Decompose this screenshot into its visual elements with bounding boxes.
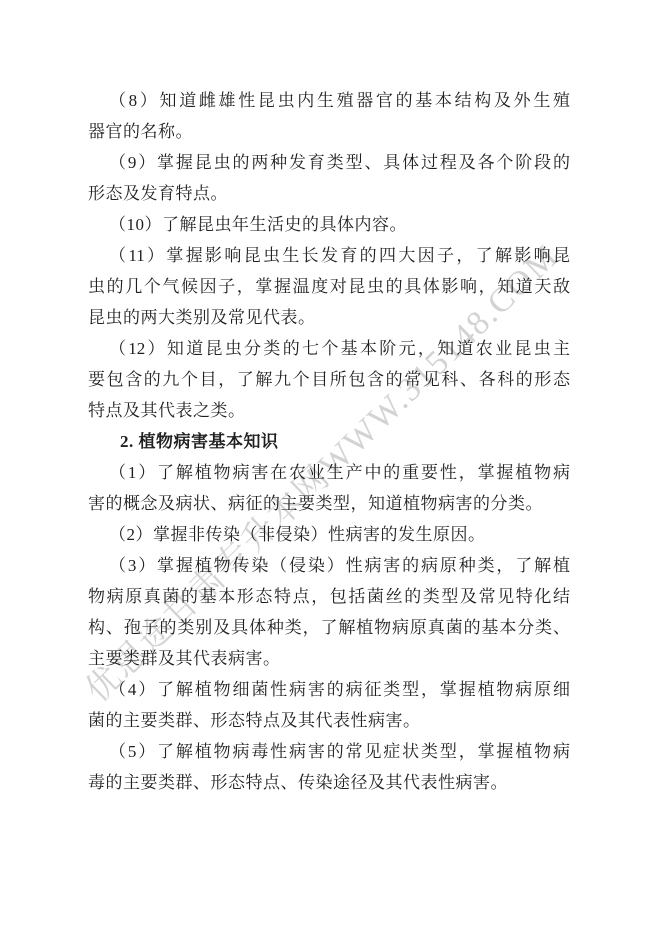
text-line: 虫的几个气候因子，掌握温度对昆虫的具体影响，知道天敌 [88,271,570,302]
text-line: 特点及其代表之类。 [88,395,570,426]
text-line: 要包含的九个目，了解九个目所包含的常见科、各科的形态 [88,364,570,395]
text-line: 毒的主要类群、形态特点、传染途径及其代表性病害。 [88,767,570,798]
section-heading: 2. 植物病害基本知识 [88,426,570,457]
text-line: （4）了解植物细菌性病害的病征类型，掌握植物病原细 [88,674,570,705]
text-line: 构、孢子的类别及具体种类，了解植物病原真菌的基本分类、 [88,612,570,643]
text-line: 昆虫的两大类别及常见代表。 [88,302,570,333]
text-line: （10）了解昆虫年生活史的具体内容。 [88,209,570,240]
text-line: 物病原真菌的基本形态特点，包括菌丝的类型及常见特化结 [88,581,570,612]
text-line: （5）了解植物病毒性病害的常见症状类型，掌握植物病 [88,736,570,767]
text-line: 害的概念及病状、病征的主要类型，知道植物病害的分类。 [88,488,570,519]
text-line: （3）掌握植物传染（侵染）性病害的病原种类，了解植 [88,550,570,581]
text-line: 菌的主要类群、形态特点及其代表性病害。 [88,705,570,736]
text-line: （9）掌握昆虫的两种发育类型、具体过程及各个阶段的 [88,147,570,178]
text-line: 形态及发育特点。 [88,178,570,209]
document-page: 优思途甘肃专升本网WWW.315148.COM （8）知道雌雄性昆虫内生殖器官的… [0,0,661,935]
text-line: （12）知道昆虫分类的七个基本阶元，知道农业昆虫主 [88,333,570,364]
text-line: （1）了解植物病害在农业生产中的重要性，掌握植物病 [88,457,570,488]
text-line: （8）知道雌雄性昆虫内生殖器官的基本结构及外生殖 [88,85,570,116]
document-text-block: （8）知道雌雄性昆虫内生殖器官的基本结构及外生殖器官的名称。（9）掌握昆虫的两种… [88,85,570,798]
text-line: 器官的名称。 [88,116,570,147]
text-line: （2）掌握非传染（非侵染）性病害的发生原因。 [88,519,570,550]
text-line: （11）掌握影响昆虫生长发育的四大因子，了解影响昆 [88,240,570,271]
text-line: 主要类群及其代表病害。 [88,643,570,674]
